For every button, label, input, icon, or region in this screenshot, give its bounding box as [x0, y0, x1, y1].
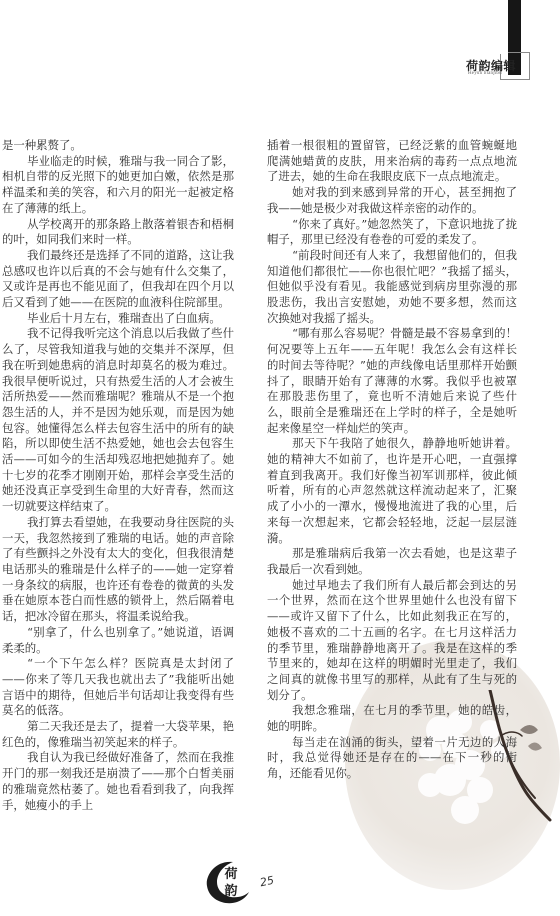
logo-char-2: 韵 — [224, 883, 237, 899]
paragraph: 插着一根很粗的置留管，已经泛紫的血管蜿蜒地爬满她蜡黄的皮肤，用来治病的毒药一点点… — [267, 138, 517, 185]
paragraph: 我打算去看望她，在我要动身往医院的头一天，我忽然接到了雅瑞的电话。她的声音除了有… — [2, 515, 234, 625]
paragraph: 我们最终还是选择了不同的道路，这让我总感叹也许以后真的不会与她有什么交集了，又或… — [2, 248, 234, 311]
paragraph: 从学校离开的那条路上散落着银杏和梧桐的叶，如同我们来时一样。 — [2, 217, 234, 248]
section-subtitle: Heyun bianjibu — [468, 71, 502, 76]
paragraph: “你来了真好。”她忽然笑了，下意识地拢了拢帽子，那里已经没有卷卷的可爱的柔发了。 — [267, 217, 517, 248]
paragraph: 她过早地去了我们所有人最后都会到达的另一个世界，然而在这个世界里她什么也没有留下… — [267, 578, 517, 704]
paragraph: 第二天我还是去了，提着一大袋苹果，艳红色的，像雅瑞当初笑起来的样子。 — [2, 719, 234, 750]
paragraph: “别拿了，什么也别拿了。”她说道，语调柔柔的。 — [2, 625, 234, 656]
paragraph: “哪有那么容易呢？骨髓是最不容易拿到的！何况要等上五年——五年呢！我怎么会有这样… — [267, 326, 517, 436]
paragraph: 毕业临走的时候，雅瑞与我一同合了影，相机自带的反光照下的她更加白嫩，依然是那样温… — [2, 154, 234, 217]
paragraph: 我想念雅瑞，在七月的季节里，她的皓齿，她的明眸。 — [267, 703, 517, 734]
paragraph: 我不记得我听完这个消息以后我做了些什么了，尽管我知道我与她的交集并不深厚，但我在… — [2, 326, 234, 514]
paragraph: 我自认为我已经做好准备了，然而在我推开门的那一刻我还是崩溃了——那个白皙美丽的雅… — [2, 750, 234, 813]
paragraph: “前段时间还有人来了，我想留他们的，但我知道他们都很忙——你也很忙吧？”我摇了摇… — [267, 248, 517, 327]
logo-char-1: 荷 — [224, 866, 237, 882]
paragraph: 她对我的到来感到异常的开心，甚至拥抱了我——她是极少对我做这样亲密的动作的。 — [267, 185, 517, 216]
paragraph: 毕业后十月左右，雅瑞查出了白血病。 — [2, 311, 234, 327]
paragraph: 那天下午我陪了她很久，静静地听她讲着。她的精神大不如前了，也许是开心吧，一直强撑… — [267, 436, 517, 546]
paragraph: 那是雅瑞病后我第一次去看她，也是这辈子我最后一次看到她。 — [267, 546, 517, 577]
article-column-left: 是一种累赘了。 毕业临走的时候，雅瑞与我一同合了影，相机自带的反光照下的她更加白… — [2, 138, 234, 813]
page-number: 25 — [259, 874, 275, 890]
paragraph: “一个下午怎么样？医院真是太封闭了——你来了等几天我也就出去了”我能听出她言语中… — [2, 656, 234, 719]
paragraph: 每当走在汹涌的街头，望着一片无边的人海时，我总觉得她还是存在的——在下一秒的街角… — [267, 735, 517, 782]
ink-brush-circle-logo-icon: 荷 韵 — [203, 858, 251, 906]
article-column-right: 插着一根很粗的置留管，已经泛紫的血管蜿蜒地爬满她蜡黄的皮肤，用来治病的毒药一点点… — [267, 138, 517, 782]
paragraph: 是一种累赘了。 — [2, 138, 234, 154]
